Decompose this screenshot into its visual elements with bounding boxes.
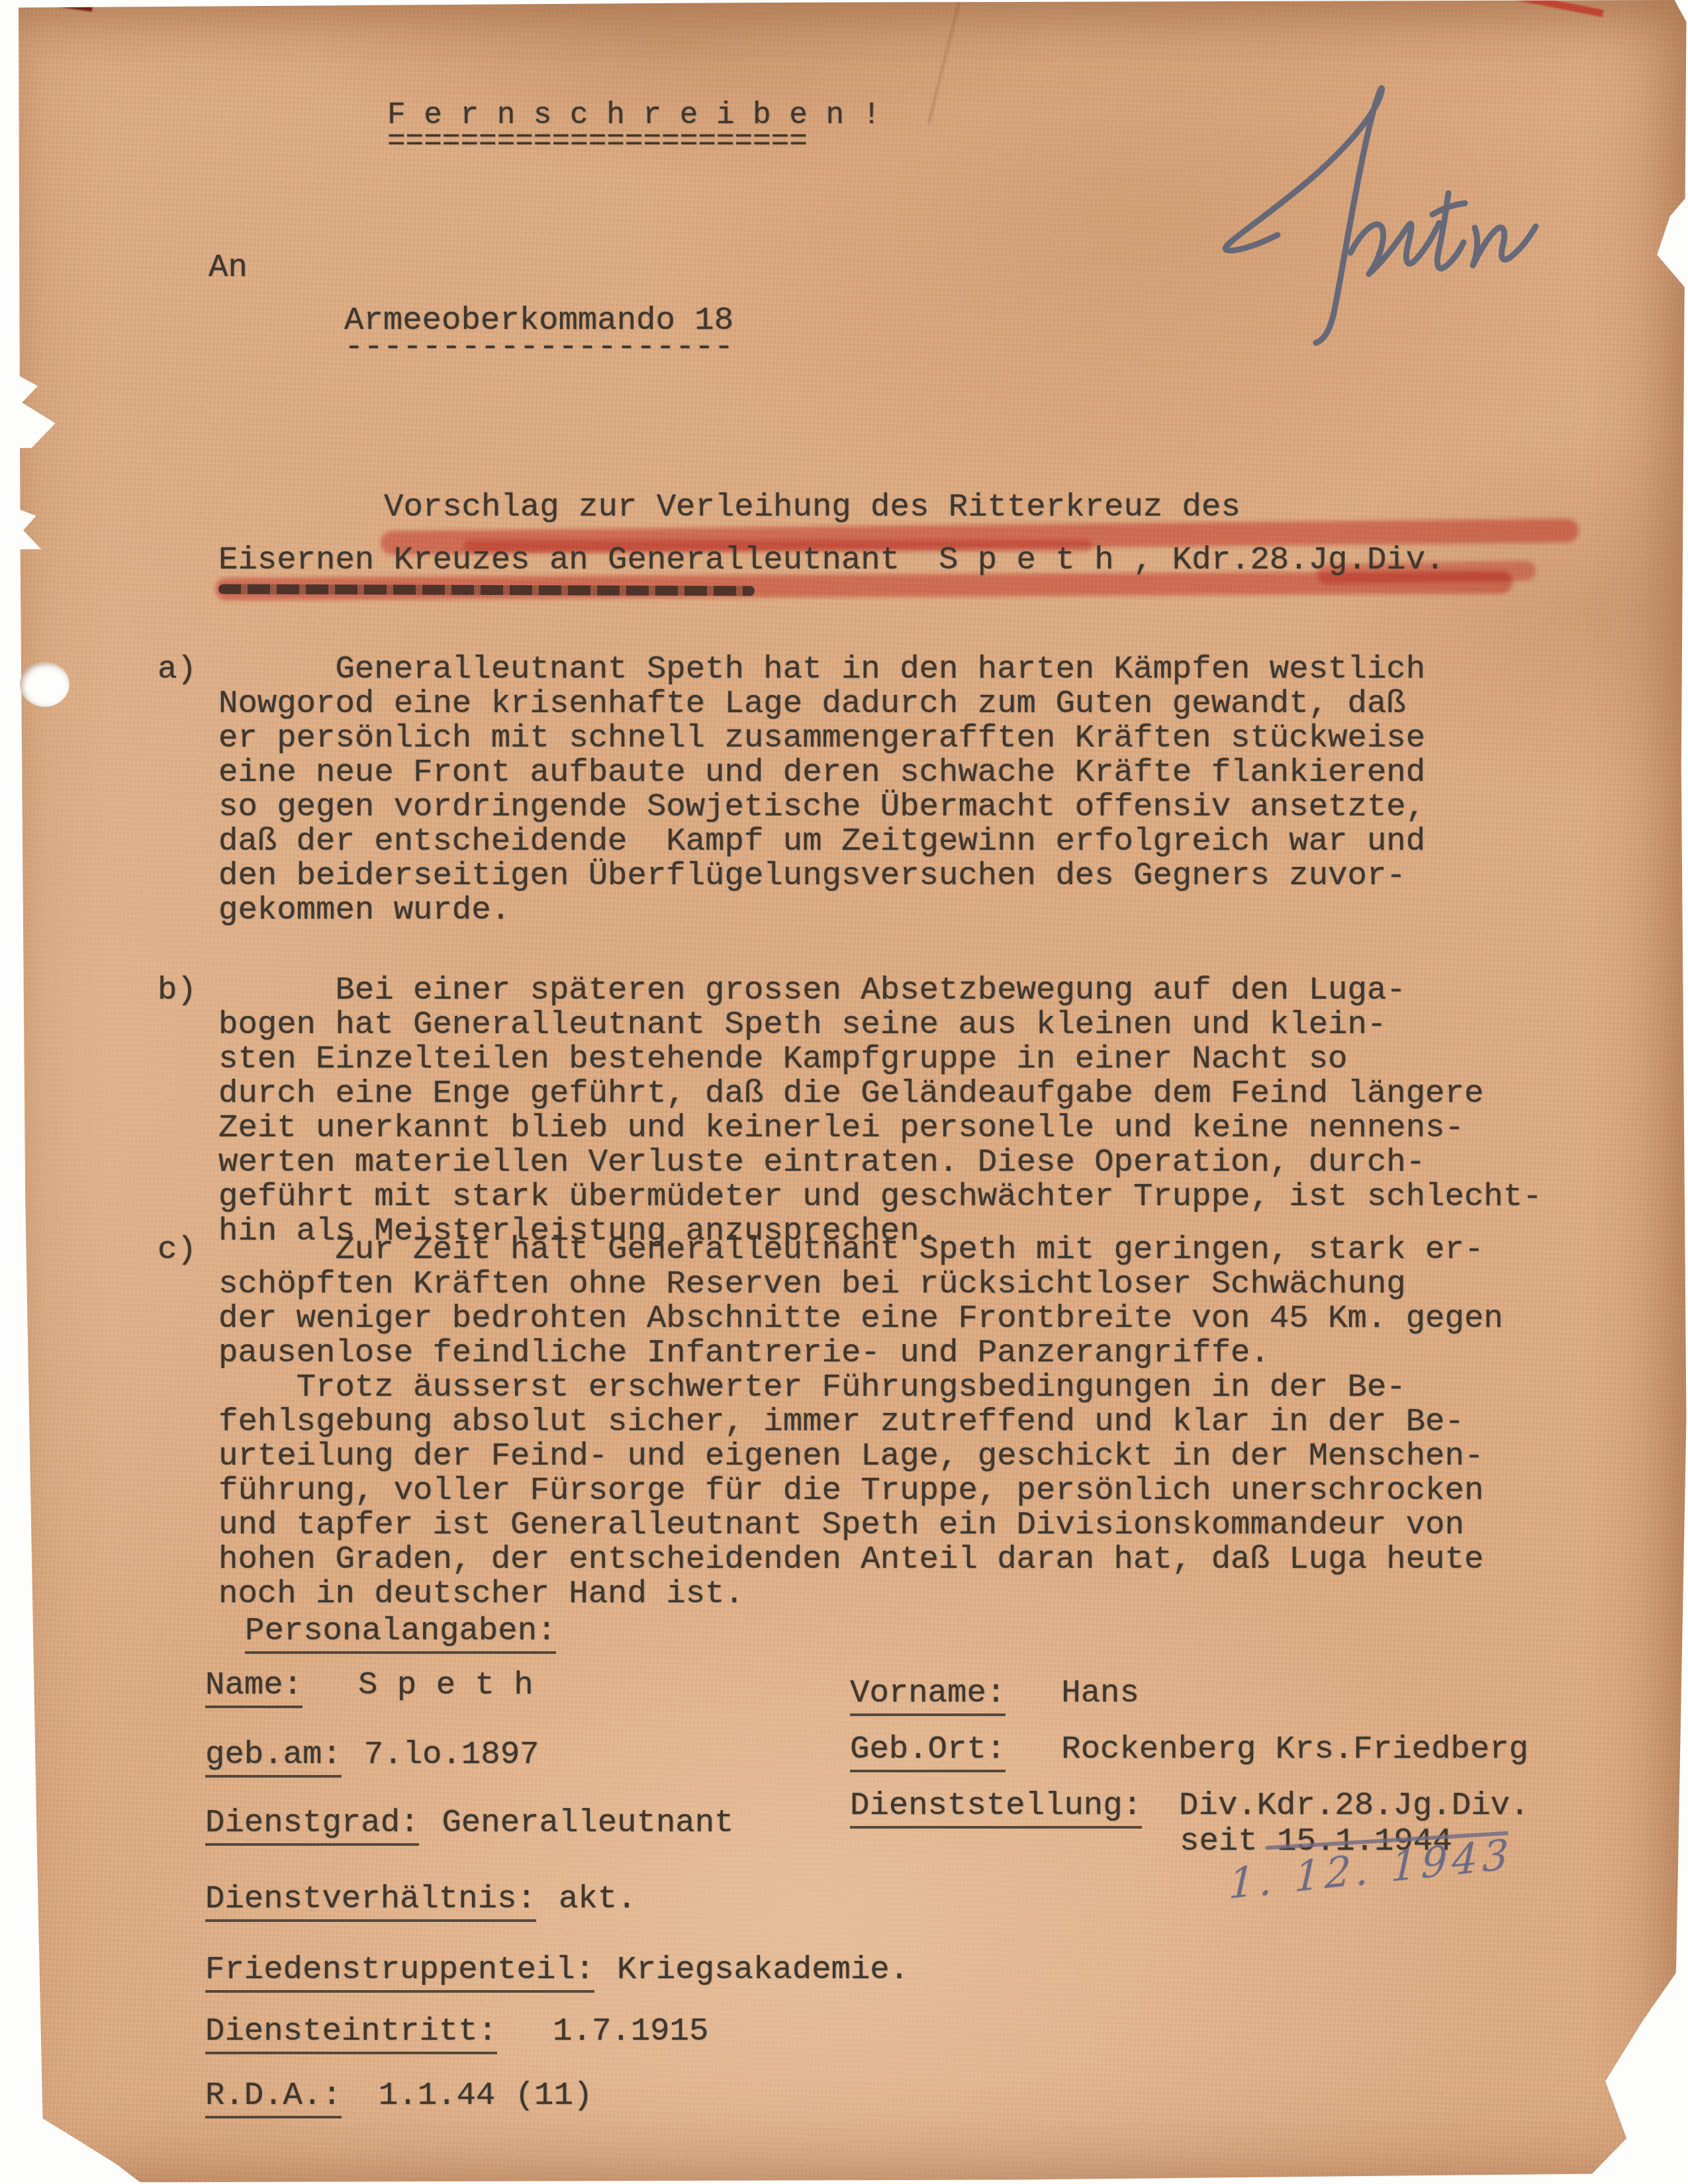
paragraph-c-text: Zur Zeit hält Generalleutnant Speth mit … [218, 1232, 1503, 1611]
field-service-status-value: akt. [559, 1880, 637, 1917]
field-duty-position: Dienststellung:Div.Kdr.28.Jg.Div. [850, 1788, 1529, 1823]
field-service-status-label: Dienstverhältnis: [205, 1880, 536, 1922]
paper-hole-left [20, 662, 70, 707]
field-firstname: Vorname:Hans [850, 1676, 1139, 1710]
recipient-underline: -------------------- [344, 330, 733, 364]
subject-typed-underline [218, 584, 755, 596]
paragraph-a-text: Generalleutnant Speth hat in den harten … [218, 652, 1425, 927]
field-rank: Dienstgrad:Generalleutnant [205, 1805, 734, 1840]
paper-sheet: F e r n s c h r e i b e n ! ============… [0, 0, 1688, 2184]
field-duty-position-label: Dienststellung: [850, 1787, 1142, 1829]
paragraph-a-label: a) [158, 652, 204, 686]
field-peacetime-unit: Friedenstruppenteil:Kriegsakademie. [205, 1952, 909, 1987]
personal-data-heading-text: Personalangaben: [245, 1612, 556, 1654]
field-peacetime-unit-label: Friedenstruppenteil: [205, 1951, 594, 1993]
red-corner-mark-right [1515, 0, 1604, 17]
field-service-entry-value: 1.7.1915 [553, 2013, 708, 2050]
handwritten-signature [1211, 60, 1569, 351]
paragraph-b-label: b) [158, 973, 204, 1007]
subject-line-1: Vorschlag zur Verleihung des Ritterkreuz… [384, 490, 1241, 524]
subject-line-2: Eisernen Kreuzes an Generalleutnant S p … [218, 543, 1445, 577]
field-birthdate-label: geb.am: [205, 1736, 342, 1778]
field-name: Name:S p e t h [205, 1668, 534, 1702]
salutation: An [209, 250, 248, 285]
signature-scrawl-icon [1211, 60, 1569, 351]
field-service-entry: Diensteintritt:1.7.1915 [205, 2014, 708, 2048]
field-birthdate: geb.am:7.lo.1897 [205, 1737, 539, 1772]
field-rda: R.D.A.:1.1.44 (11) [205, 2078, 592, 2113]
field-name-label: Name: [205, 1666, 303, 1708]
since-prefix: seit [1180, 1823, 1277, 1860]
field-birthplace-label: Geb.Ort: [850, 1731, 1006, 1772]
field-peacetime-unit-value: Kriegsakademie. [617, 1951, 909, 1988]
document-title-underline: ======================= [387, 124, 808, 159]
paragraph-c-label: c) [158, 1232, 204, 1267]
field-firstname-label: Vorname: [850, 1674, 1006, 1716]
field-service-entry-label: Diensteintritt: [205, 2013, 497, 2054]
field-rda-value: 1.1.44 (11) [379, 2077, 592, 2114]
field-service-status: Dienstverhältnis:akt. [205, 1882, 637, 1916]
personal-data-heading: Personalangaben: [245, 1614, 556, 1648]
field-birthplace: Geb.Ort:Rockenberg Krs.Friedberg [850, 1732, 1528, 1766]
field-rank-value: Generalleutnant [442, 1804, 733, 1841]
field-birthplace-value: Rockenberg Krs.Friedberg [1061, 1731, 1528, 1768]
field-firstname-value: Hans [1061, 1674, 1139, 1711]
field-duty-position-value: Div.Kdr.28.Jg.Div. [1179, 1787, 1529, 1824]
paper-crease [927, 0, 962, 124]
scanned-document-page: F e r n s c h r e i b e n ! ============… [0, 0, 1688, 2184]
field-name-value: S p e t h [358, 1666, 534, 1704]
field-birthdate-value: 7.lo.1897 [364, 1736, 539, 1773]
field-rda-label: R.D.A.: [205, 2077, 342, 2118]
paragraph-b-text: Bei einer späteren grossen Absetzbewegun… [218, 973, 1542, 1248]
red-corner-mark-left [58, 0, 93, 12]
field-rank-label: Dienstgrad: [205, 1804, 419, 1846]
